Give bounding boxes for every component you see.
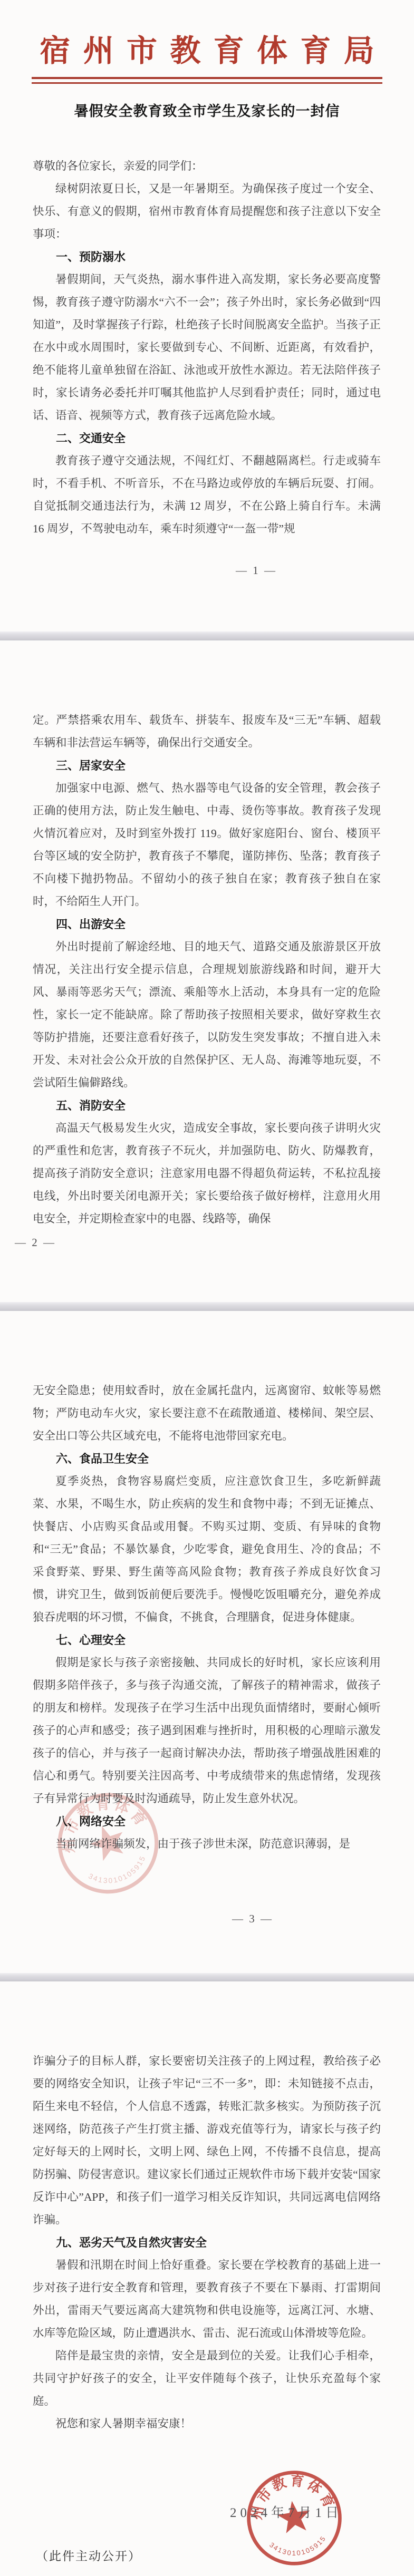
section-heading: 七、心理安全 [33,1629,381,1651]
page-number: — 3 — [232,1912,273,1926]
paragraph: 教育孩子遵守交通法规，不闯红灯、不翻越隔离栏。行走或骑车时，不看手机、不听音乐，… [33,450,381,540]
letterhead-divider-rule [32,77,382,84]
section-heading: 六、食品卫生安全 [33,1447,381,1470]
paragraph: 绿树阴浓夏日长，又是一年暑期至。为确保孩子度过一个安全、快乐、有意义的假期，宿州… [33,178,381,246]
paragraph: 外出时提前了解途经地、目的地天气、道路交通及旅游景区开放情况，关注出行安全提示信… [33,936,381,1094]
page-body: 无安全隐患；使用蚊香时，放在金属托盘内，远离窗帘、蚊帐等易燃物；严防电动车火灾，… [0,1311,414,1855]
paragraph: 当前网络诈骗频发，由于孩子涉世未深，防范意识薄弱，是 [33,1833,381,1855]
page-2: 定。严禁搭乘农用车、载货车、拼装车、报废车及“三无”车辆、超载车辆和非法营运车辆… [0,640,414,1302]
paragraph: 暑假期间，天气炎热，溺水事件进入高发期，家长务必要高度警惕，教育孩子遵守防溺水“… [33,268,381,427]
svg-text:3413010105915: 3413010105915 [85,1852,152,1893]
paragraph: 定。严禁搭乘农用车、载货车、拼装车、报废车及“三无”车辆、超载车辆和非法营运车辆… [33,709,381,754]
section-heading: 九、恶劣天气及自然灾害安全 [33,2231,381,2254]
letterhead-agency-name: 宿州市教育体育局 [0,0,414,72]
page-3: 无安全隐患；使用蚊香时，放在金属托盘内，远离窗帘、蚊帐等易燃物；严防电动车火灾，… [0,1311,414,1973]
paragraph: 假期是家长与孩子亲密接触、共同成长的好时机，家长应该利用假期多陪伴孩子，多与孩子… [33,1651,381,1810]
section-heading: 二、交通安全 [33,427,381,450]
section-heading: 一、预防溺水 [33,246,381,268]
page-number: — 2 — [15,1236,56,1249]
paragraph: 夏季炎热，食物容易腐烂变质，应注意饮食卫生，多吃新鲜蔬菜、水果，不喝生水，防止疾… [33,1470,381,1629]
page-body: 诈骗分子的目标人群，家长要密切关注孩子的上网过程，教给孩子必要的网络安全知识，让… [0,1981,414,2435]
issue-date: 2024年7月1日 [230,2502,342,2521]
section-heading: 八、网络安全 [33,1810,381,1833]
page-separator [0,631,414,640]
page-1: 宿州市教育体育局 暑假安全教育致全市学生及家长的一封信 尊敬的各位家长，亲爱的同… [0,0,414,631]
paragraph: 陪伴是最宝贵的亲情，安全是最到位的关爱。让我们心手相牵，共同守护好孩子的安全，让… [33,2345,381,2413]
seal-code-text: 3413010105915 [85,1852,152,1893]
paragraph: 诈骗分子的目标人群，家长要密切关注孩子的上网过程，教给孩子必要的网络安全知识，让… [33,2050,381,2231]
paragraph: 加强家中电源、燃气、热水器等电气设备的安全管理，教会孩子正确的使用方法，防止发生… [33,777,381,913]
section-heading: 三、居家安全 [33,754,381,777]
paragraph: 暑假和汛期在时间上恰好重叠。家长要在学校教育的基础上进一步对孩子进行安全教育和管… [33,2254,381,2345]
scanned-letter-document: 宿州市教育体育局 暑假安全教育致全市学生及家长的一封信 尊敬的各位家长，亲爱的同… [0,0,414,2576]
page-body: 定。严禁搭乘农用车、载货车、拼装车、报废车及“三无”车辆、超载车辆和非法营运车辆… [0,640,414,1230]
page-4: 诈骗分子的目标人群，家长要密切关注孩子的上网过程，教给孩子必要的网络安全知识，让… [0,1981,414,2576]
paragraph: 高温天气极易发生火灾，造成安全事故，家长要向孩子讲明火灾的严重性和危害，教育孩子… [33,1117,381,1230]
section-heading: 四、出游安全 [33,913,381,936]
section-heading: 五、消防安全 [33,1094,381,1117]
paragraph: 祝您和家人暑期幸福安康！ [33,2413,381,2435]
paragraph: 尊敬的各位家长，亲爱的同学们： [33,155,381,178]
paragraph: 无安全隐患；使用蚊香时，放在金属托盘内，远离窗帘、蚊帐等易燃物；严防电动车火灾，… [33,1379,381,1447]
page-body: 尊敬的各位家长，亲爱的同学们：绿树阴浓夏日长，又是一年暑期至。为确保孩子度过一个… [0,130,414,540]
page-separator [0,1973,414,1981]
page-separator [0,1302,414,1311]
page-number: — 1 — [236,564,277,577]
footer-disclosure-note: （此件主动公开） [36,2546,141,2564]
document-title: 暑假安全教育致全市学生及家长的一封信 [0,100,414,120]
